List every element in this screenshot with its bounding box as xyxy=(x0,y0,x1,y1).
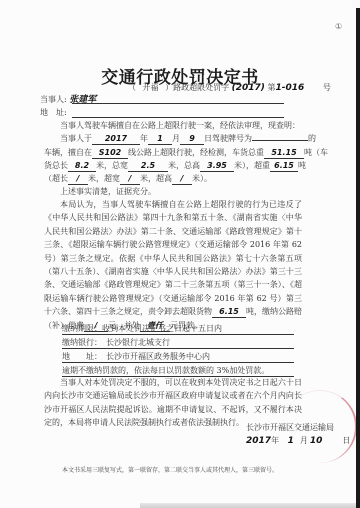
ruling-text: 本局认为，当事人驾驶车辆擅自在公路上超限行驶的行为已违反了《中华人民共和国公路法… xyxy=(44,200,302,316)
road-number: S102 xyxy=(92,148,128,159)
address-row: 地 址: xyxy=(40,107,67,118)
document-number: （ 开福 ）路政超限处罚字 (2017) 第1-016 号 xyxy=(128,82,331,93)
violation-day: 9 xyxy=(180,134,204,145)
address-label: 地 址: xyxy=(40,108,67,117)
facts-text: 线公路上超限行驶，经检测，车货总重 xyxy=(128,148,264,157)
total-width: 2.5 xyxy=(128,161,168,172)
doc-number-value: 1-016 xyxy=(275,83,304,93)
plate-number xyxy=(252,140,308,141)
facts-text: 吨 xyxy=(298,161,306,170)
facts-text: 月 xyxy=(172,134,180,143)
facts-text: 米，超高 xyxy=(140,174,172,183)
facts-dimensions-row: 货总长8.2米，总宽2.5米，总高3.95米），超重6.15吨 xyxy=(44,160,306,172)
facts-text: 日驾驶牌号为 xyxy=(204,134,252,143)
payment-bank: 缴纳银行： 长沙银行北城支行 xyxy=(62,337,294,349)
date-text: 日 xyxy=(342,436,350,445)
party-label: 当事人: xyxy=(40,95,67,104)
facts-text: 货总长 xyxy=(44,161,68,170)
party-row: 当事人: 张建军 xyxy=(40,94,96,106)
violation-year: 2017 xyxy=(92,134,140,145)
issue-date: 2017年 1月10日 xyxy=(246,435,350,446)
party-underline xyxy=(72,103,284,104)
ruling-paragraph: 本局认为，当事人驾驶车辆擅自在公路上超限行驶的行为已违反了《中华人民共和国公路法… xyxy=(44,198,302,332)
issuing-authority: 长沙市开福区交通运输局 xyxy=(246,422,334,433)
date-text: 月 xyxy=(300,436,308,445)
facts-intro: 当事人驾驶车辆擅自在公路上超限行驶一案，经依法审理，现查明： xyxy=(60,120,300,131)
facts-text: 年 xyxy=(140,134,148,143)
doc-number-type: ）路政超限处罚字 xyxy=(165,83,229,92)
total-length: 8.2 xyxy=(68,161,96,172)
issue-month: 1 xyxy=(288,436,294,446)
doc-number-district: 开福 xyxy=(143,83,159,92)
doc-number-paren-open: （ xyxy=(128,83,136,92)
facts-text: 米，超宽 xyxy=(88,174,120,183)
over-length: / xyxy=(68,174,88,185)
violation-month: 1 xyxy=(148,134,172,145)
facts-text: 车辆，擅自在 xyxy=(44,148,92,157)
facts-text: 当事人于 xyxy=(60,134,92,143)
issue-year: 2017 xyxy=(246,436,271,446)
doc-number-suffix: 号 xyxy=(323,83,331,92)
page-bottom-shadow xyxy=(140,503,356,508)
address-underline xyxy=(72,117,284,118)
facts-text: 米）。 xyxy=(192,174,212,183)
document-page: ① 交通行政处罚决定书 （ 开福 ）路政超限处罚字 (2017) 第1-016 … xyxy=(0,0,356,508)
payment-deadline: 缴纳期限：收到本处罚决定书之日起十五日内 xyxy=(62,323,294,335)
doc-number-year: (2017) xyxy=(232,83,265,93)
total-height: 3.95 xyxy=(200,161,234,172)
unload-weight: 6.15 xyxy=(212,307,246,318)
payment-location: 地 址： 长沙市开福区政务服务中心内 xyxy=(62,351,294,363)
facts-excess-row: （超长/米，超宽/米，超高/米）。 xyxy=(44,173,212,185)
facts-text: 米，总宽 xyxy=(96,161,128,170)
facts-text: 的 xyxy=(308,134,316,143)
overweight-value: 6.15 xyxy=(270,161,298,172)
total-weight: 51.15 xyxy=(264,148,304,159)
facts-text: 吨（车 xyxy=(304,148,328,157)
facts-text: 米，总高 xyxy=(168,161,200,170)
issue-day: 10 xyxy=(310,436,323,446)
page-number-mark: ① xyxy=(335,22,342,31)
footnote: 本文书采用三联复写式，第一联留存，第二联交当事人或其代理人，第三联留号。 xyxy=(62,465,278,474)
facts-road-row: 车辆，擅自在S102线公路上超限行驶，经检测，车货总重51.15吨（车 xyxy=(44,147,328,159)
over-width: / xyxy=(120,174,140,185)
over-height: / xyxy=(172,174,192,185)
page-edge-border xyxy=(356,8,360,508)
facts-conclusion: 上述事实清楚，证据充分。 xyxy=(60,186,156,197)
page-edge-corner xyxy=(352,0,360,8)
date-text: 年 xyxy=(271,436,279,445)
facts-text: （超长 xyxy=(44,174,68,183)
facts-text: 米），超重 xyxy=(234,161,270,170)
facts-date-row: 当事人于2017年1月9日驾驶牌号为的 xyxy=(60,133,316,145)
